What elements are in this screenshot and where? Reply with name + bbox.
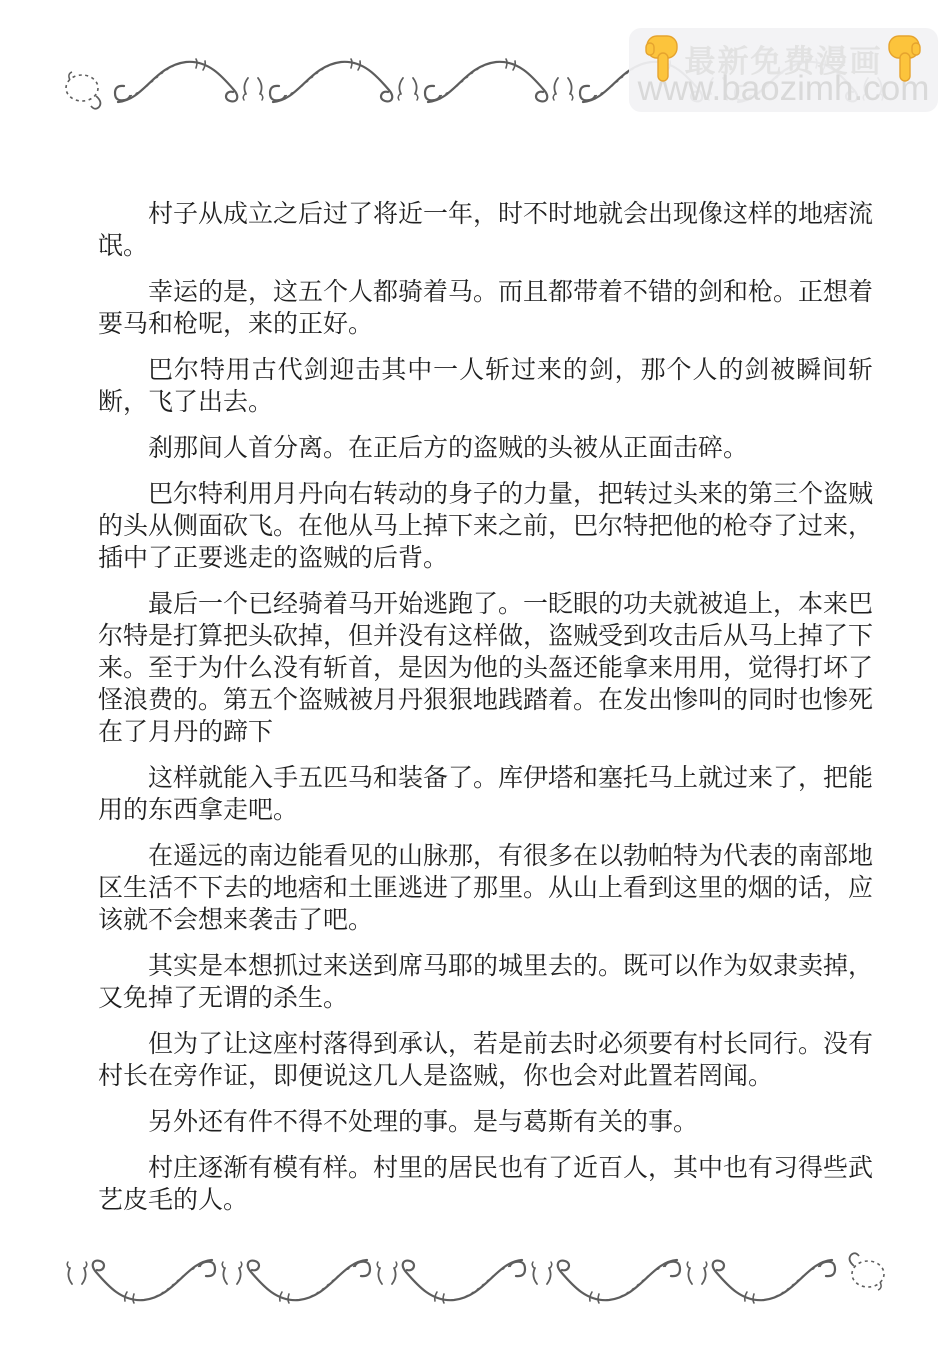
paragraph: 其实是本想抓过来送到席马耶的城里去的。既可以作为奴隶卖掉，又免掉了无谓的杀生。 (98, 951, 873, 1015)
paragraph: 在遥远的南边能看见的山脉那，有很多在以勃帕特为代表的南部地区生活不下去的地痞和土… (98, 841, 873, 937)
watermark-overlay[interactable]: 最新免费漫画 www.baozimh.com (629, 28, 938, 112)
paragraph: 但为了让这座村落得到承认，若是前去时必须要有村长同行。没有村长在旁作证，即便说这… (98, 1029, 873, 1093)
novel-page: 最新免费漫画 www.baozimh.com 村子从成立之后过了将近一年，时不时… (0, 0, 952, 1360)
point-down-hand-icon (887, 33, 921, 83)
point-down-hand-icon (645, 33, 679, 83)
paragraph: 刹那间人首分离。在正后方的盗贼的头被从正面击碎。 (98, 433, 873, 465)
paragraph: 这样就能入手五匹马和装备了。库伊塔和塞托马上就过来了，把能用的东西拿走吧。 (98, 763, 873, 827)
novel-text: 村子从成立之后过了将近一年，时不时地就会出现像这样的地痞流氓。 幸运的是，这五个… (98, 199, 873, 1231)
paragraph: 巴尔特利用月丹向右转动的身子的力量，把转过头来的第三个盗贼的头从侧面砍飞。在他从… (98, 479, 873, 575)
paragraph: 最后一个已经骑着马开始逃跑了。一眨眼的功夫就被追上，本来巴尔特是打算把头砍掉，但… (98, 589, 873, 749)
paragraph: 另外还有件不得不处理的事。是与葛斯有关的事。 (98, 1107, 873, 1139)
paragraph: 幸运的是，这五个人都骑着马。而且都带着不错的剑和枪。正想着要马和枪呢，来的正好。 (98, 277, 873, 341)
paragraph: 村庄逐渐有模有样。村里的居民也有了近百人，其中也有习得些武艺皮毛的人。 (98, 1153, 873, 1217)
paragraph: 巴尔特用古代剑迎击其中一人斩过来的剑，那个人的剑被瞬间斩断，飞了出去。 (98, 355, 873, 419)
bottom-flourish-border (58, 1250, 892, 1312)
paragraph: 村子从成立之后过了将近一年，时不时地就会出现像这样的地痞流氓。 (98, 199, 873, 263)
